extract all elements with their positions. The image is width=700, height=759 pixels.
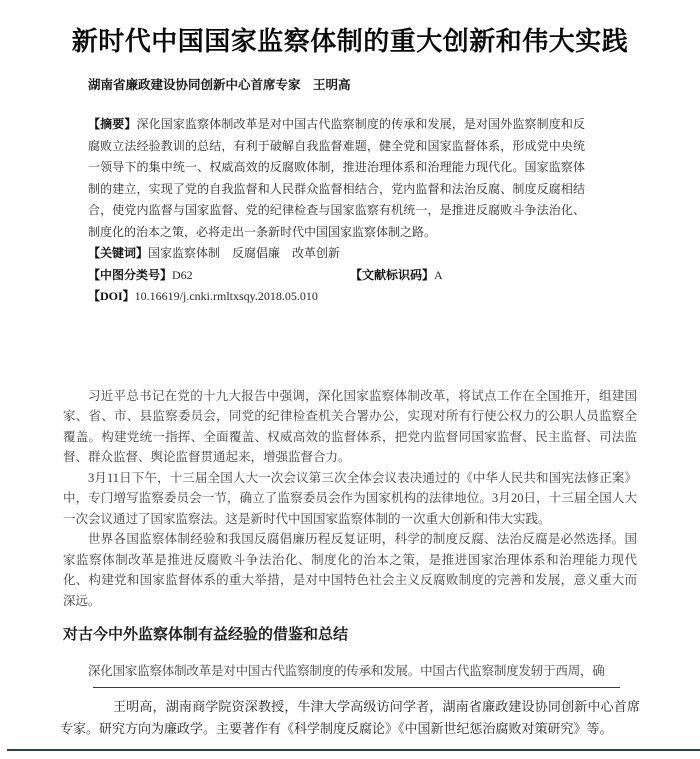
clc-segment: 【中图分类号】D62 [88,265,350,287]
body-paragraph: 习近平总书记在党的十九大报告中强调，深化国家监察体制改革，将试点工作在全国推开，… [63,386,637,468]
abstract-text: 深化国家监察体制改革是对中国古代监察制度的传承和发展，是对国外监察制度和反腐败立… [88,117,585,239]
doc-code-label: 【文献标识码】 [350,268,434,282]
article-page: 新时代中国国家监察体制的重大创新和伟大实践 湖南省廉政建设协同创新中心首席专家 … [0,0,700,759]
section-heading: 对古今中外监察体制有益经验的借鉴和总结 [63,625,637,645]
section-paragraph: 深化国家监察体制改革是对中国古代监察制度的传承和发展。中国古代监察制度发轫于西周… [63,661,637,682]
footnote-text: 王明高，湖南商学院资深教授，牛津大学高级访问学者，湖南省廉政建设协同创新中心首席… [60,696,640,739]
keywords-text: 国家监察体制 反腐倡廉 改革创新 [148,246,340,260]
front-matter: 【摘要】深化国家监察体制改革是对中国古代监察制度的传承和发展，是对国外监察制度和… [88,114,585,308]
footnote: 王明高，湖南商学院资深教授，牛津大学高级访问学者，湖南省廉政建设协同创新中心首席… [60,687,640,739]
clc-value: D62 [172,268,193,282]
doi-label: 【DOI】 [88,289,135,303]
body-paragraph: 世界各国监察体制经验和我国反腐倡廉历程反复证明，科学的制度反腐、法治反腐是必然选… [63,529,637,611]
body-paragraph: 3月11日下午，十三届全国人大一次会议第三次全体会议表决通过的《中华人民共和国宪… [63,468,637,530]
article-body: 习近平总书记在党的十九大报告中强调，深化国家监察体制改革，将试点工作在全国推开，… [63,386,637,612]
doc-code-value: A [434,268,443,282]
keywords-label: 【关键词】 [88,246,148,260]
doi-line: 【DOI】10.16619/j.cnki.rmltxsqy.2018.05.01… [88,286,585,308]
doi-value: 10.16619/j.cnki.rmltxsqy.2018.05.010 [135,289,318,303]
footnote-divider [93,687,620,688]
keywords: 【关键词】国家监察体制 反腐倡廉 改革创新 [88,243,585,265]
abstract-label: 【摘要】 [88,117,137,131]
classification-line: 【中图分类号】D62【文献标识码】A [88,265,585,287]
page-bottom-rule [7,749,700,751]
article-title: 新时代中国国家监察体制的重大创新和伟大实践 [36,0,664,60]
author-byline: 湖南省廉政建设协同创新中心首席专家 王明高 [88,77,640,94]
abstract: 【摘要】深化国家监察体制改革是对中国古代监察制度的传承和发展，是对国外监察制度和… [88,114,585,243]
clc-label: 【中图分类号】 [88,268,172,282]
